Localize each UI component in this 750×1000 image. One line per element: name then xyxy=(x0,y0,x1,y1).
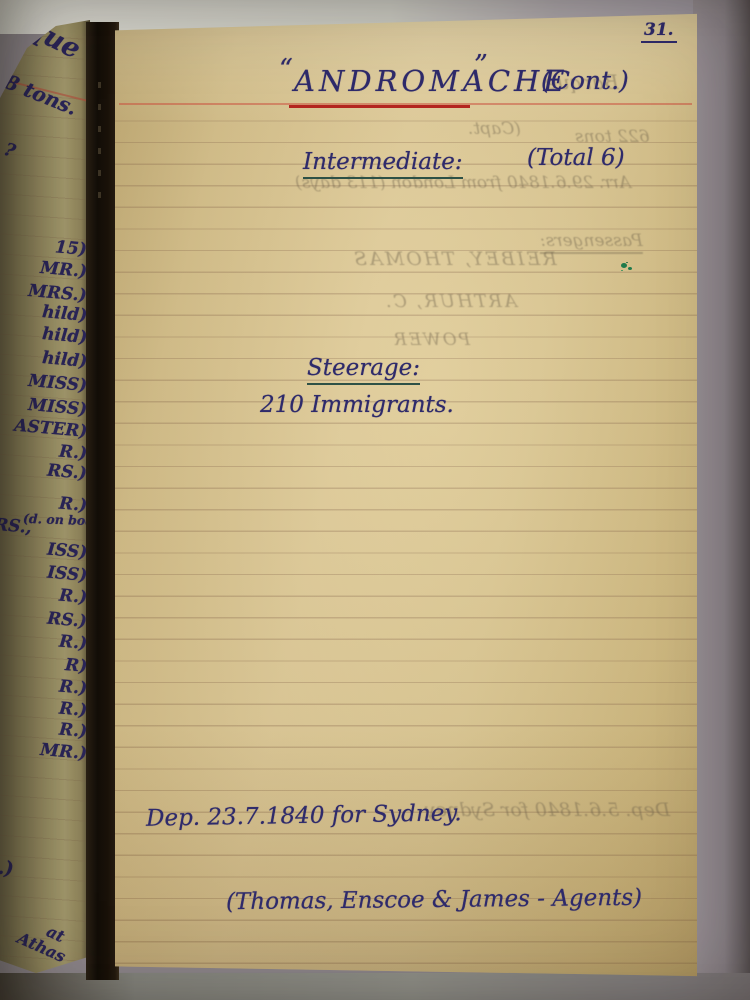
background-right-of-book xyxy=(693,0,750,1000)
ship-title: ANDROMACHE xyxy=(294,64,568,98)
left-page-fragment: MISS) xyxy=(27,395,88,420)
steerage-count: 210 Immigrants. xyxy=(260,392,454,418)
left-page-fragment: hild) xyxy=(41,348,88,372)
left-page-fragment: RS.) xyxy=(47,609,88,632)
left-page-fragment: ISS) xyxy=(46,540,88,563)
previous-page-edge: arque 8 tons. ? 15) MR.) MRS.) hild) hil… xyxy=(0,0,90,988)
title-red-underline xyxy=(289,105,470,108)
left-page-fragment: 8 tons. xyxy=(1,69,81,120)
bleedthrough-text: ARTHUR, C. xyxy=(384,291,517,312)
page-number: 31. xyxy=(641,20,677,43)
title-open-quote: “ xyxy=(279,54,293,85)
bleedthrough-text: POWER xyxy=(392,330,470,350)
green-ink-blot xyxy=(621,263,627,268)
bleedthrough-text: (Capt. xyxy=(468,119,521,139)
left-page-fragment: .) xyxy=(0,857,15,880)
left-page-fragment: 15) xyxy=(55,237,88,260)
left-page-fragment: R.) xyxy=(58,442,88,464)
left-page-fragment: hild) xyxy=(41,302,88,326)
left-page-fragment: ISS) xyxy=(46,563,88,586)
ledger-photo: arque 8 tons. ? 15) MR.) MRS.) hild) hil… xyxy=(0,0,750,1000)
left-page-fragment: MRS.) xyxy=(28,281,88,306)
agents-note: (Thomas, Enscoe & James - Agents) xyxy=(226,885,642,915)
left-page-fragment: MR.) xyxy=(39,258,87,282)
left-page-fragment: R.) xyxy=(58,586,88,608)
intermediate-total: (Total 6) xyxy=(527,145,625,171)
left-page-fragment: R.) xyxy=(58,699,88,721)
left-page-fragment: MR.) xyxy=(39,740,87,764)
left-page-fragment: hild) xyxy=(41,324,88,348)
left-page-fragment: MISS) xyxy=(27,371,88,396)
left-page-fragment: ? xyxy=(1,139,18,162)
title-continued: (Cont.) xyxy=(541,66,629,95)
section-intermediate-label: Intermediate: xyxy=(303,149,463,179)
left-page-fragment: RS.) xyxy=(47,461,88,484)
left-page-fragment: ASTER) xyxy=(13,416,88,442)
bleedthrough-text: REIBEY, THOMAS xyxy=(352,248,557,270)
title-close-quote: ” xyxy=(474,50,488,81)
departure-note: Dep. 23.7.1840 for Sydney. xyxy=(146,800,462,832)
left-page-fragment: R.) xyxy=(58,720,88,742)
bleedthrough-text: 622 tons xyxy=(575,127,650,147)
left-page-fragment: R.) xyxy=(58,632,88,654)
left-page-fragment: R.) xyxy=(58,677,88,699)
section-steerage-label: Steerage: xyxy=(307,355,420,385)
book-binding-gutter xyxy=(86,22,119,980)
left-page-fragment: R) xyxy=(64,655,88,677)
